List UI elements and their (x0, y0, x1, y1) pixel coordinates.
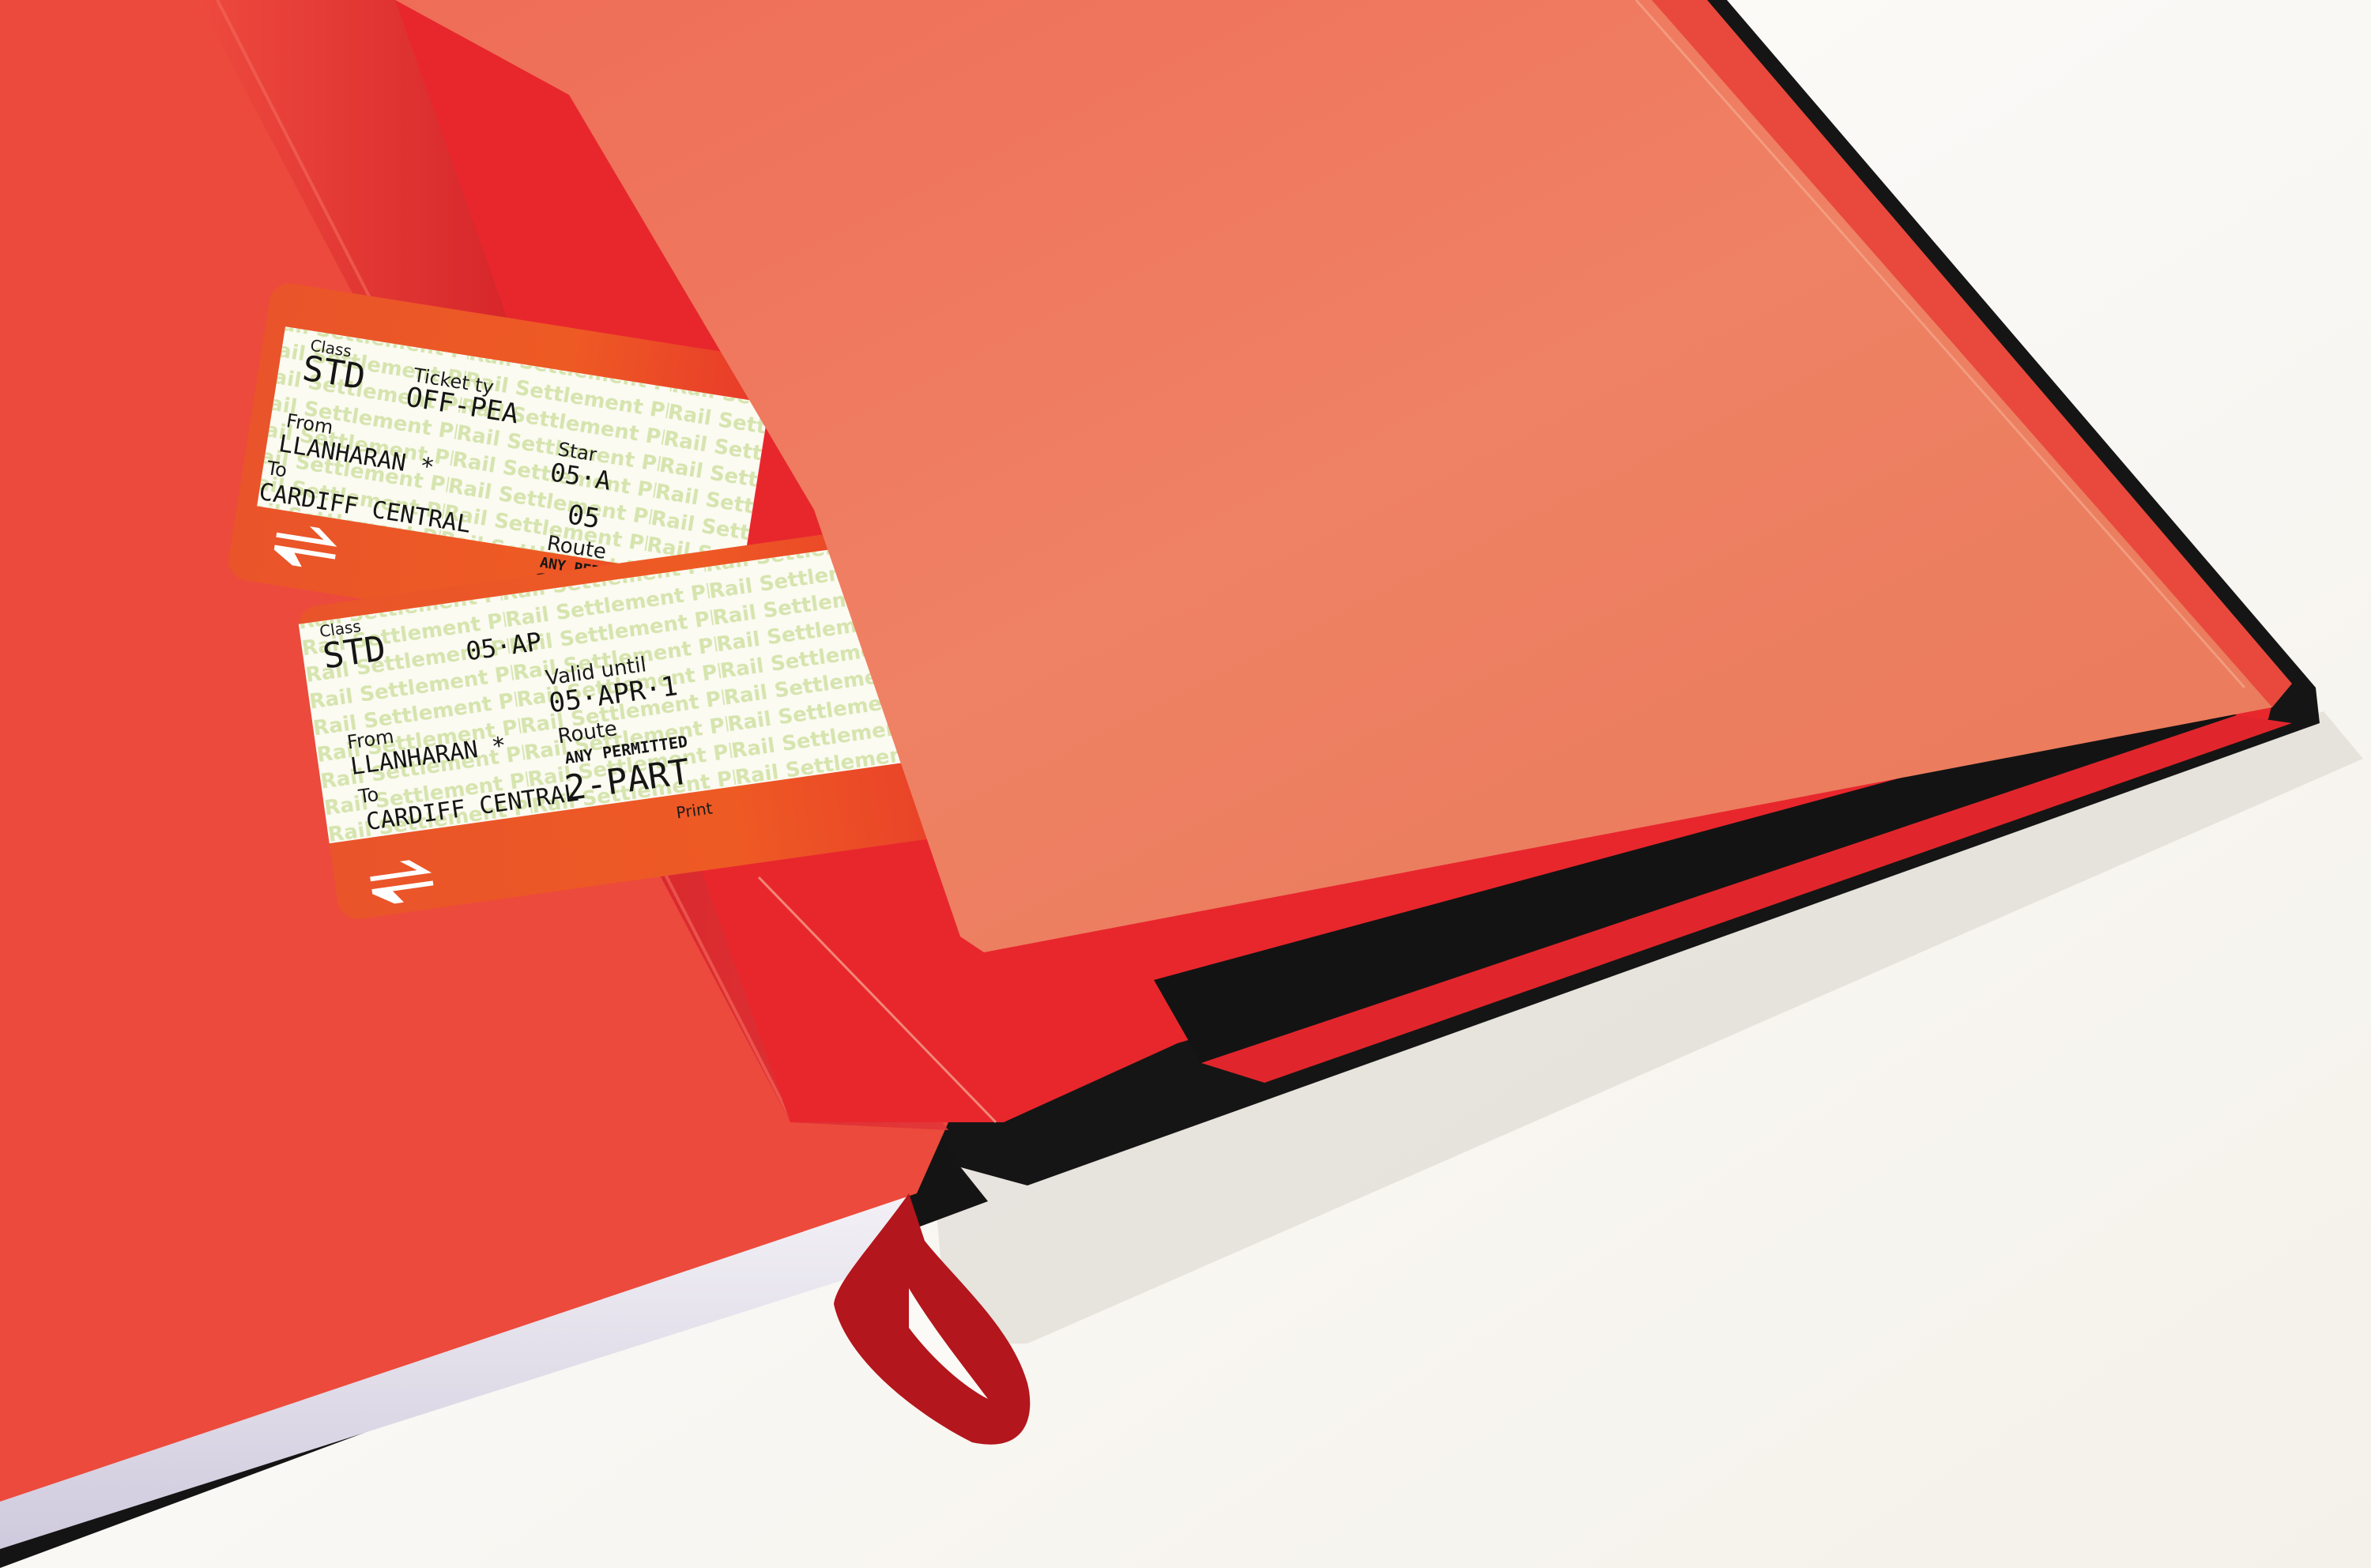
to-label: To (356, 783, 380, 808)
valid-value: 05 (565, 499, 602, 535)
notebook-photo: Rail Settlement Plan Class STD Ticket ty… (0, 0, 2371, 1568)
to-label: To (265, 457, 288, 482)
